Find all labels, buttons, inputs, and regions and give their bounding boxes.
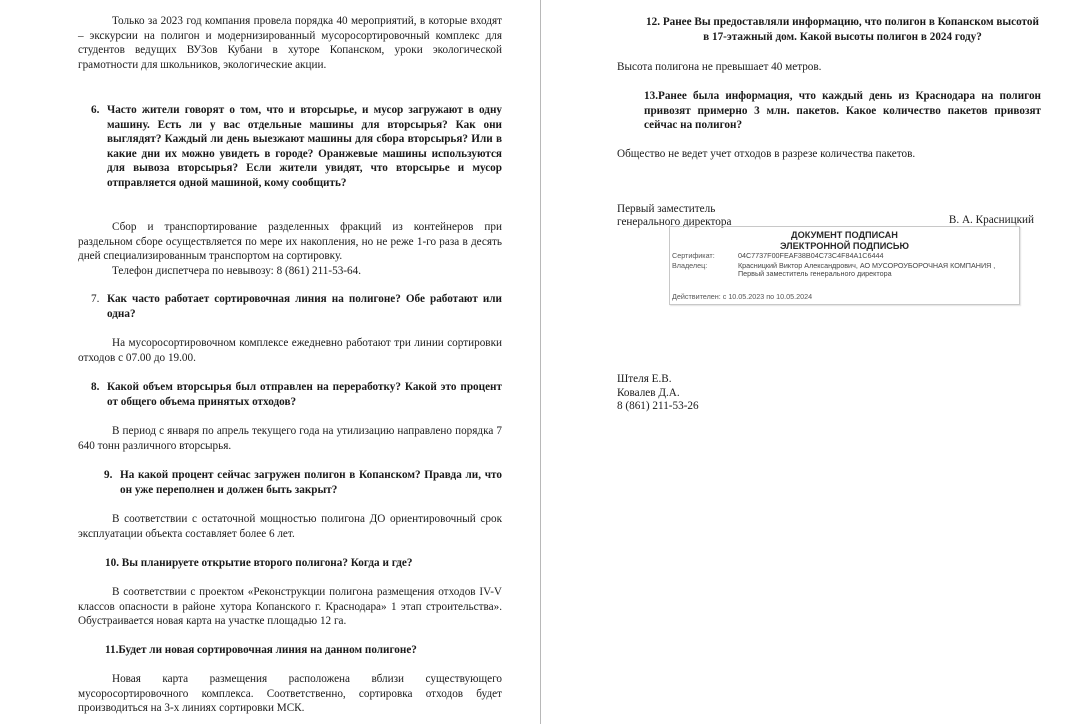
stamp-heading-line1: ДОКУМЕНТ ПОДПИСАН [670,230,1019,241]
left-page: Только за 2023 год компания провела поря… [78,0,502,724]
question-12: 12. Ранее Вы предоставляли информацию, ч… [644,15,1041,44]
owner-label: Владелец: [672,262,707,270]
stamp-validity: Действителен: с 10.05.2023 по 10.05.2024 [672,293,1019,301]
intro-paragraph: Только за 2023 год компания провела поря… [78,14,502,72]
question-6: 6. Часто жители говорят о том, что и вто… [107,103,502,191]
question-8: 8. Какой объем вторсырья был отправлен н… [107,380,502,409]
answer-9: В соответствии с остаточной мощностью по… [78,512,502,541]
question-10: 10. Вы планируете открытие второго полиг… [105,556,502,571]
question-6-text: Часто жители говорят о том, что и вторсы… [107,104,502,189]
electronic-signature-stamp: ДОКУМЕНТ ПОДПИСАН ЭЛЕКТРОННОЙ ПОДПИСЬЮ С… [669,226,1020,305]
dispatcher-phone: Телефон диспетчера по невывозу: 8 (861) … [78,264,502,279]
answer-13: Общество не ведет учет отходов в разрезе… [617,147,1041,162]
question-13: 13.Ранее была информация, что каждый ден… [644,89,1041,133]
question-8-number: 8. [91,380,99,395]
answer-8: В период с января по апрель текущего год… [78,424,502,453]
owner-value: Красницкий Виктор Александрович, АО МУСО… [738,262,1008,279]
question-7-number: 7. [91,292,99,307]
question-8-text: Какой объем вторсырья был отправлен на п… [107,381,502,408]
question-11: 11.Будет ли новая сортировочная линия на… [105,643,502,658]
answer-7: На мусоросортировочном комплексе ежеднев… [78,336,502,365]
stamp-heading-line2: ЭЛЕКТРОННОЙ ПОДПИСЬЮ [670,241,1019,252]
question-9-text: На какой процент сейчас загружен полигон… [120,469,502,496]
certificate-value: 04C7737F00FEAF38B04C73C4F84A1C6444 [738,252,1008,260]
question-9-number: 9. [104,468,112,483]
answer-12: Высота полигона не превышает 40 метров. [617,60,1041,75]
question-7: 7. Как часто работает сортировочная лини… [107,292,502,321]
contact-person-1: Штеля Е.В. [617,373,699,387]
right-page: 12. Ранее Вы предоставляли информацию, ч… [617,0,1041,724]
answer-11: Новая карта размещения расположена вблиз… [78,672,502,716]
question-7-text: Как часто работает сортировочная линия н… [107,293,502,320]
question-6-number: 6. [91,103,99,118]
answer-10: В соответствии с проектом «Реконструкции… [78,585,502,629]
stamp-heading: ДОКУМЕНТ ПОДПИСАН ЭЛЕКТРОННОЙ ПОДПИСЬЮ [670,230,1019,251]
answer-6: Сбор и транспортирование разделенных фра… [78,220,502,264]
certificate-label: Сертификат: [672,252,715,260]
signatory-title-line1: Первый заместитель [617,203,715,216]
contact-person-2: Ковалев Д.А. [617,387,699,401]
question-9: 9. На какой процент сейчас загружен поли… [120,468,502,497]
contacts-block: Штеля Е.В. Ковалев Д.А. 8 (861) 211-53-2… [617,373,699,414]
contact-phone: 8 (861) 211-53-26 [617,400,699,414]
signatory-name: В. А. Красницкий [949,214,1034,226]
page-divider [540,0,541,724]
